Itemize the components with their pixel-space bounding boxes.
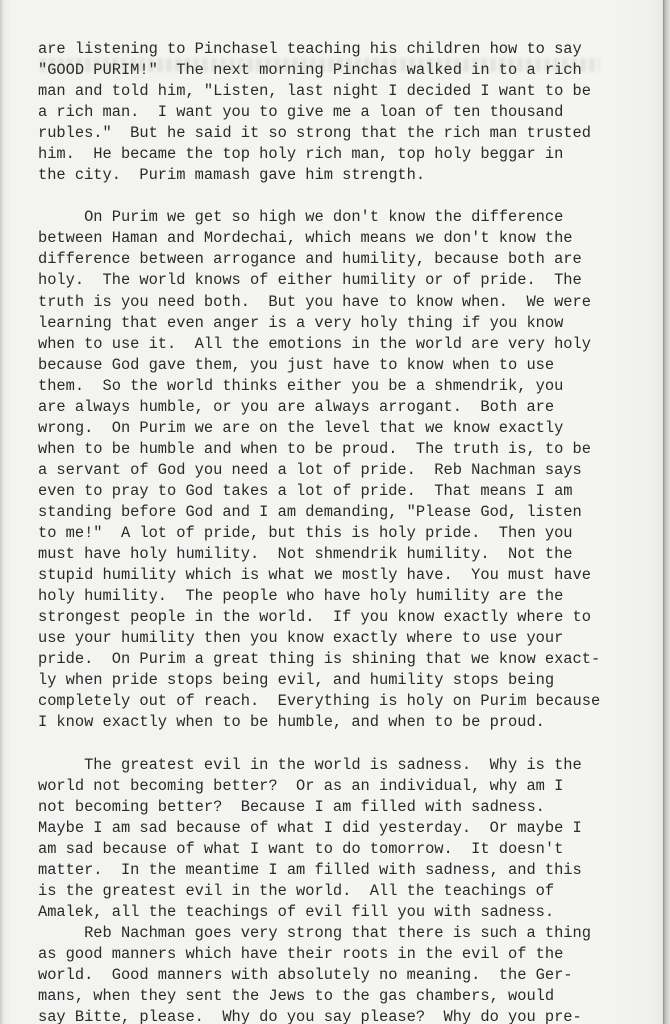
text-line: when to use it. All the emotions in the … [38,334,638,355]
text-line: mans, when they sent the Jews to the gas… [38,986,638,1007]
text-line: Amalek, all the teachings of evil fill y… [38,902,638,923]
page-binding-edge [663,0,670,1024]
text-line: holy. The world knows of either humility… [38,270,638,291]
text-line: a servant of God you need a lot of pride… [38,460,638,481]
text-line: "GOOD PURIM!" The next morning Pinchas w… [38,60,638,81]
text-line: must have holy humility. Not shmendrik h… [38,544,638,565]
typewritten-text-body: are listening to Pinchasel teaching his … [38,39,638,1024]
text-line: Reb Nachman goes very strong that there … [38,923,638,944]
text-line: use your humility then you know exactly … [38,628,638,649]
text-line: not becoming better? Because I am filled… [38,797,638,818]
text-line: between Haman and Mordechai, which means… [38,228,638,249]
text-line: because God gave them, you just have to … [38,355,638,376]
document-page: are listening to Pinchasel teaching his … [0,0,663,1024]
text-line: am sad because of what I want to do tomo… [38,839,638,860]
text-line: when to be humble and when to be proud. … [38,439,638,460]
text-line: learning that even anger is a very holy … [38,313,638,334]
paragraph-good-manners: Reb Nachman goes very strong that there … [38,923,638,1024]
text-line: holy humility. The people who have holy … [38,586,638,607]
text-line: say Bitte, please. Why do you say please… [38,1007,638,1024]
paragraph-pinchas-story: are listening to Pinchasel teaching his … [38,39,638,186]
text-line: standing before God and I am demanding, … [38,502,638,523]
text-line: world not becoming better? Or as an indi… [38,776,638,797]
text-line: matter. In the meantime I am filled with… [38,860,638,881]
text-line: wrong. On Purim we are on the level that… [38,418,638,439]
text-line: Maybe I am sad because of what I did yes… [38,818,638,839]
text-line: completely out of reach. Everything is h… [38,691,638,712]
text-line: the city. Purim mamash gave him strength… [38,165,638,186]
text-line: them. So the world thinks either you be … [38,376,638,397]
text-line: even to pray to God takes a lot of pride… [38,481,638,502]
text-line: I know exactly when to be humble, and wh… [38,712,638,733]
text-line: pride. On Purim a great thing is shining… [38,649,638,670]
text-line: The greatest evil in the world is sadnes… [38,755,638,776]
paragraph-haman-mordechai: On Purim we get so high we don't know th… [38,207,638,733]
text-line: On Purim we get so high we don't know th… [38,207,638,228]
paragraph-sadness: The greatest evil in the world is sadnes… [38,755,638,923]
text-line: world. Good manners with absolutely no m… [38,965,638,986]
text-line: a rich man. I want you to give me a loan… [38,102,638,123]
text-line: strongest people in the world. If you kn… [38,607,638,628]
text-line: to me!" A lot of pride, but this is holy… [38,523,638,544]
text-line: stupid humility which is what we mostly … [38,565,638,586]
page-left-edge [0,0,4,1024]
text-line: truth is you need both. But you have to … [38,292,638,313]
text-line: rubles." But he said it so strong that t… [38,123,638,144]
text-line: ly when pride stops being evil, and humi… [38,670,638,691]
text-line: difference between arrogance and humilit… [38,249,638,270]
text-line: are always humble, or you are always arr… [38,397,638,418]
text-line: man and told him, "Listen, last night I … [38,81,638,102]
text-line: as good manners which have their roots i… [38,944,638,965]
text-line: him. He became the top holy rich man, to… [38,144,638,165]
text-line: is the greatest evil in the world. All t… [38,881,638,902]
text-line: are listening to Pinchasel teaching his … [38,39,638,60]
